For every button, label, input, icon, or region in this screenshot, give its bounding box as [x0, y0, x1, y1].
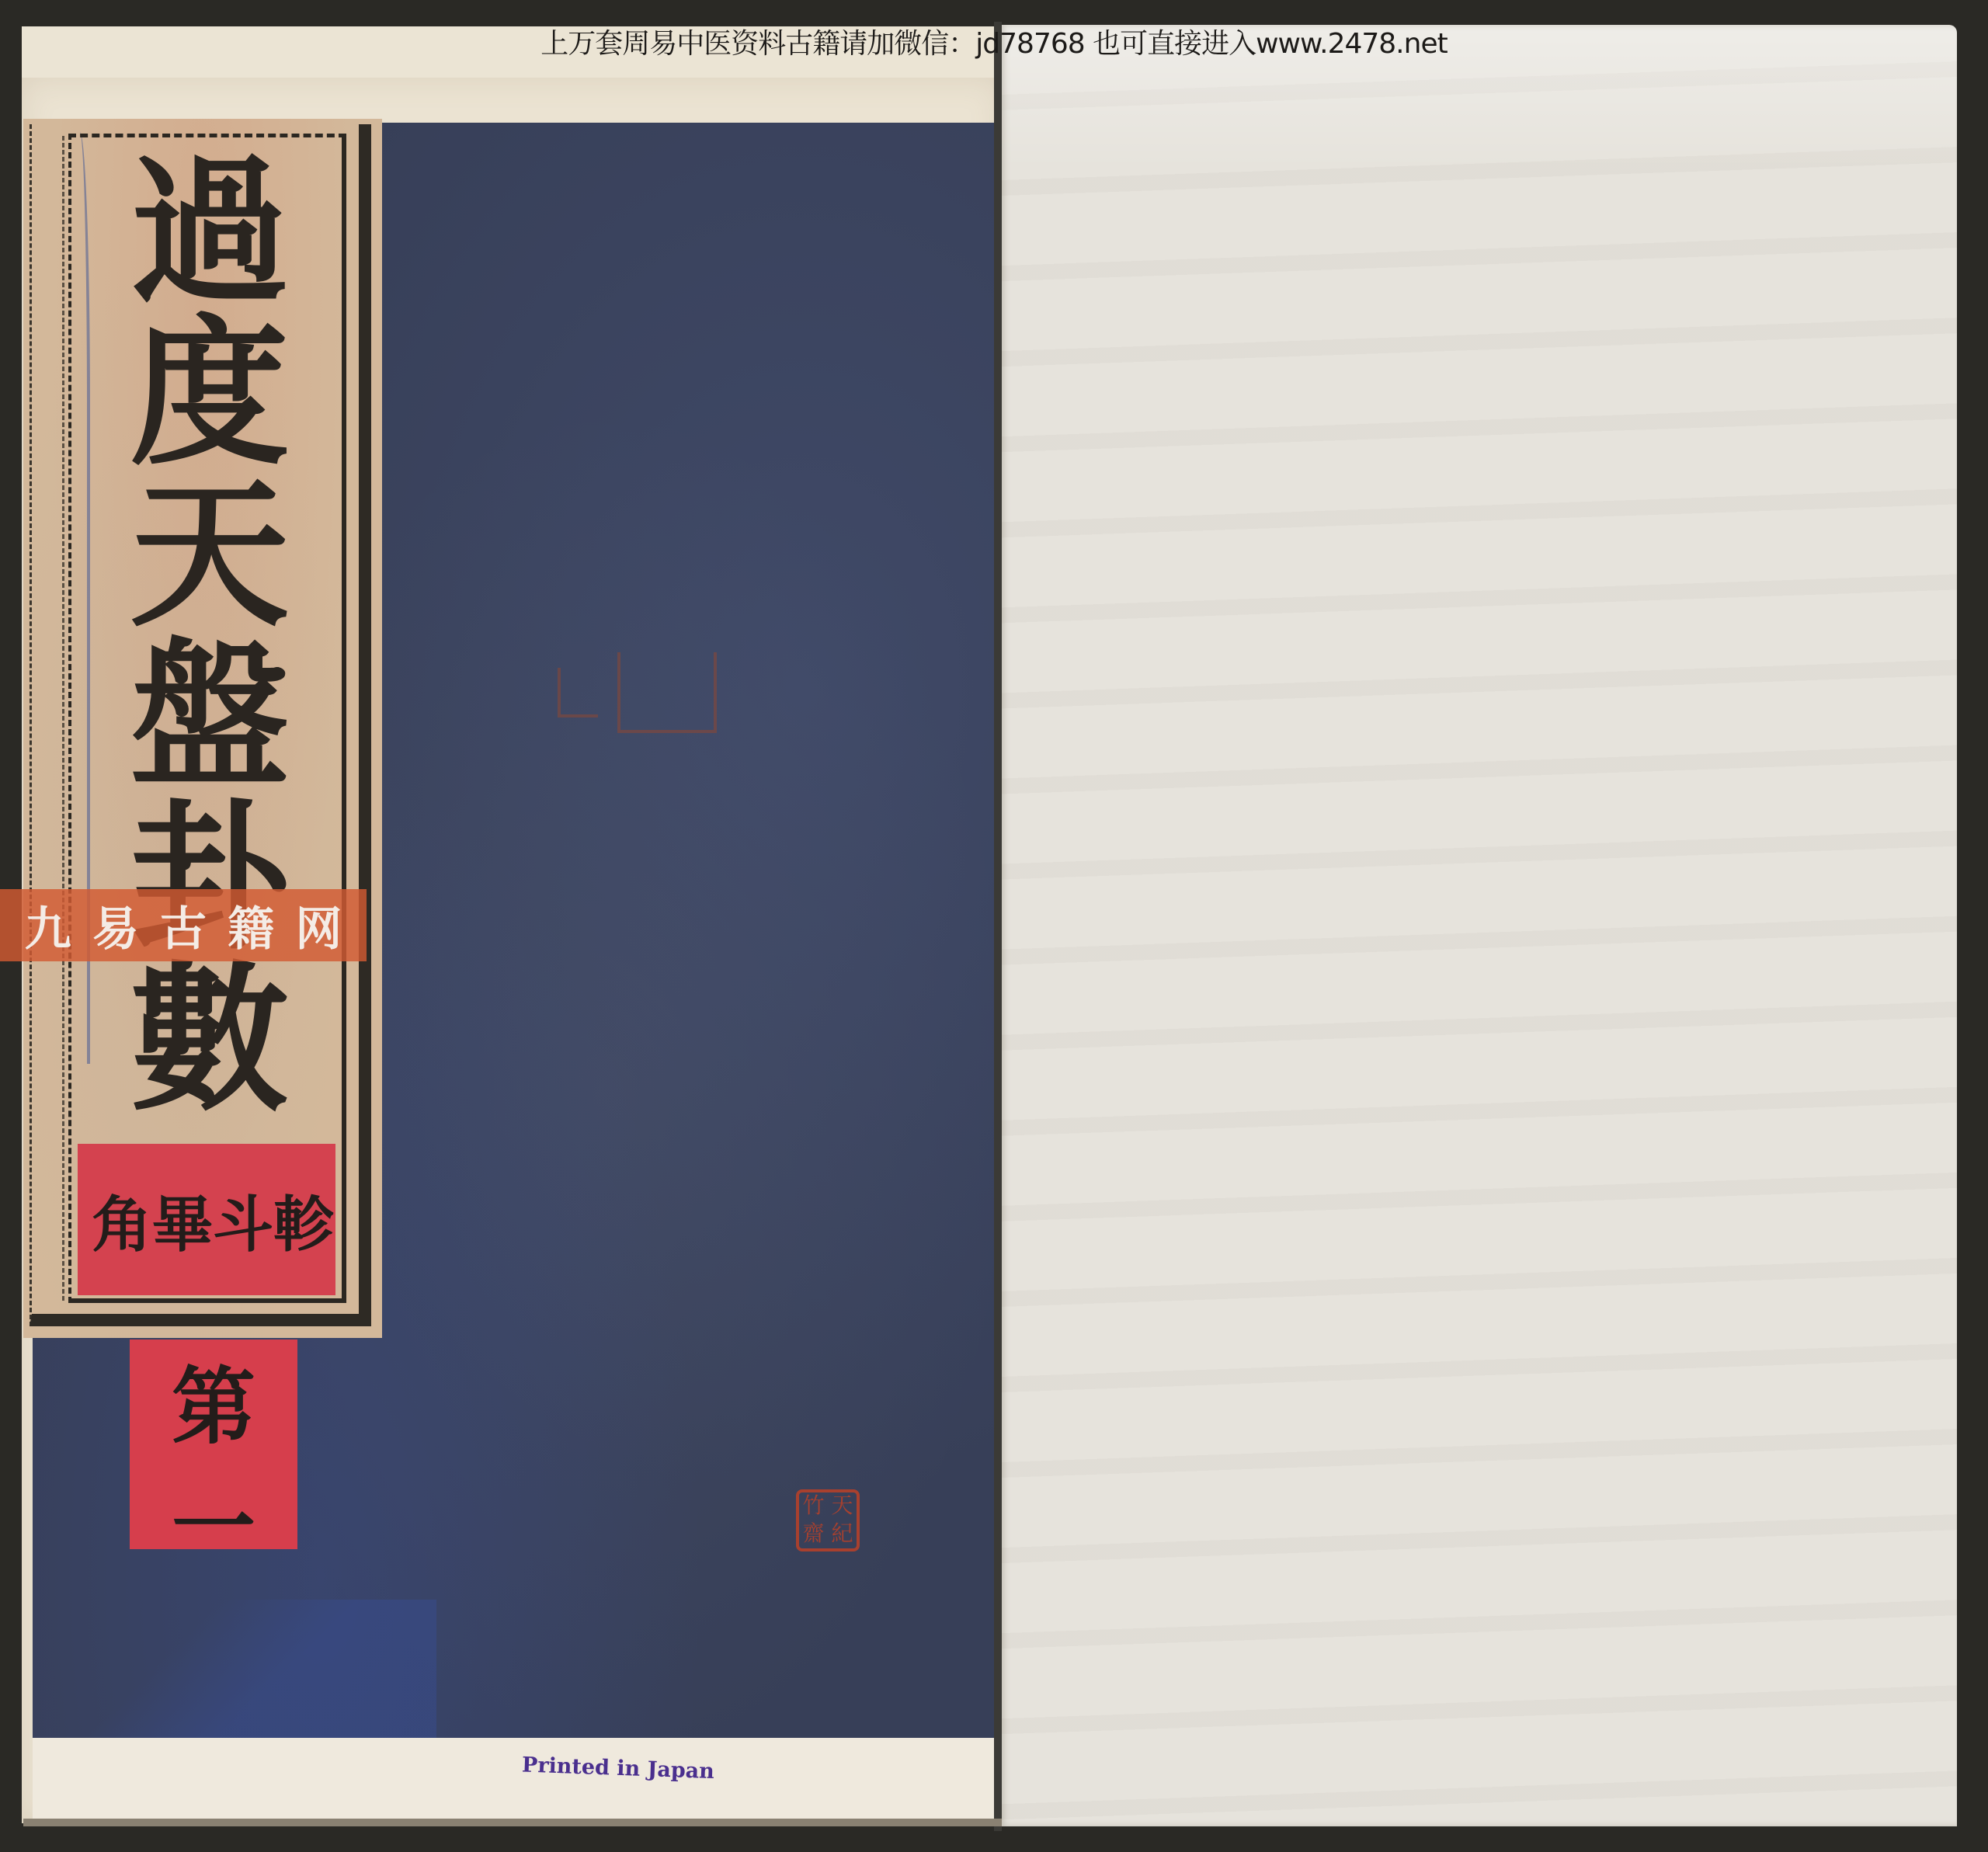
- seal-char: 紀: [828, 1520, 857, 1548]
- collector-seal-stamp: 天 竹 紀 齋: [796, 1489, 860, 1551]
- volume-char: 第: [172, 1339, 255, 1460]
- faded-red-mark: [617, 652, 717, 733]
- tag-char: 畢: [152, 1176, 213, 1263]
- seal-char: 齋: [799, 1520, 828, 1548]
- watermark-char: 九: [25, 892, 71, 959]
- cover-worn-corner: [33, 1600, 436, 1738]
- star-mansion-tag: 軫 斗 畢 角: [78, 1144, 335, 1295]
- volume-char: 一: [172, 1460, 255, 1580]
- site-watermark-band: 九 易 古 籍 网: [0, 889, 367, 961]
- tag-char: 角: [92, 1176, 152, 1263]
- watermark-char: 易: [92, 892, 139, 959]
- watermark-char: 古: [160, 892, 207, 959]
- top-watermark-text: 上万套周易中医资料古籍请加微信：jd78768 也可直接进入www.2478.n…: [0, 22, 1988, 61]
- title-char: 天: [130, 474, 290, 636]
- bottom-margin-strip: [33, 1738, 994, 1822]
- tag-char: 軫: [273, 1176, 334, 1263]
- tag-char: 斗: [213, 1176, 273, 1263]
- title-char: 盤: [130, 636, 290, 797]
- right-blank-page: [999, 25, 1957, 1826]
- book-spine-gap: [994, 22, 1002, 1831]
- watermark-char: 网: [295, 892, 342, 959]
- seal-char: 天: [828, 1492, 857, 1520]
- title-char: 度: [130, 313, 290, 474]
- title-char: 過: [130, 151, 290, 313]
- watermark-contact-text: 上万套周易中医资料古籍请加微信：jd78768 也可直接进入www.2478.n…: [540, 22, 1447, 61]
- seal-char: 竹: [799, 1492, 828, 1520]
- watermark-char: 籍: [228, 892, 274, 959]
- book-title: 過 度 天 盤 卦 數: [93, 151, 326, 1121]
- faded-red-mark: [558, 668, 598, 718]
- title-char: 數: [130, 959, 290, 1121]
- page-edge-shadow: [23, 1819, 1002, 1826]
- volume-number-tag: 第 一: [130, 1339, 297, 1549]
